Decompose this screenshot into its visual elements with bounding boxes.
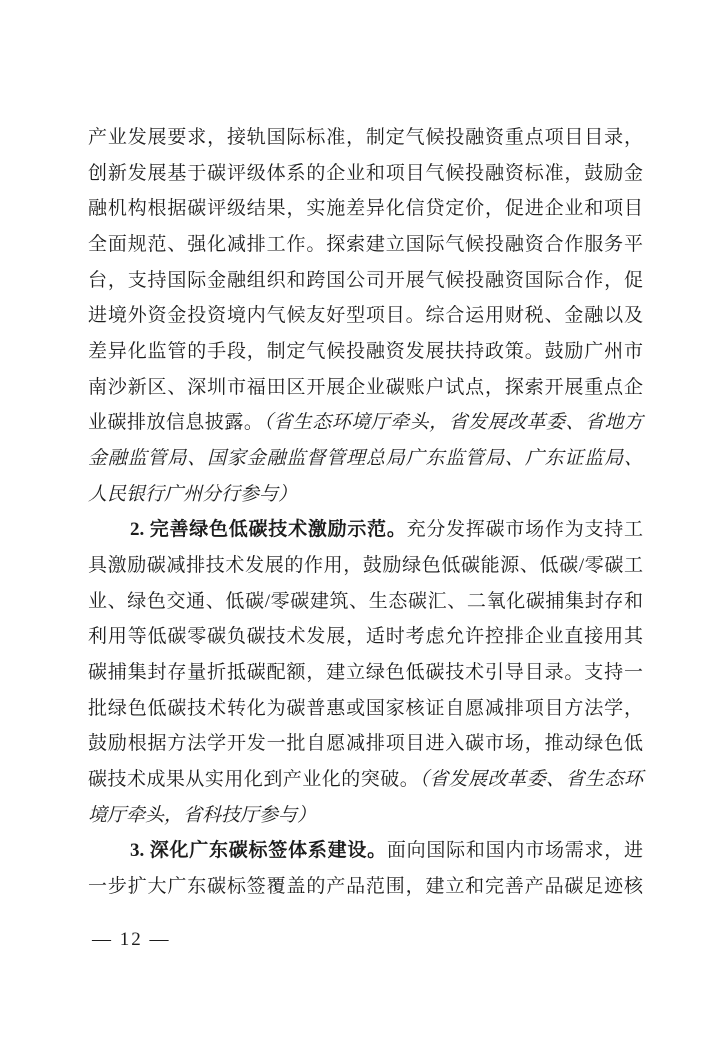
text-segment-normal: 鼓励根据方法学开发一批自愿减排项目进入碳市场，推动绿色低 [88,733,643,754]
text-segment-normal: 业、绿色交通、低碳/零碳建筑、生态碳汇、二氧化碳捕集封存和 [88,591,643,612]
text-segment-normal: 面向国际和国内市场需求，进 [387,840,643,861]
text-segment-normal: 利用等低碳零碳负碳技术发展，适时考虑允许控排企业直接用其 [88,626,643,647]
text-line: 3. 深化广东碳标签体系建设。面向国际和国内市场需求，进 [88,833,643,869]
text-segment-normal: 具激励碳减排技术发展的作用，鼓励绿色低碳能源、低碳/零碳工 [88,555,643,576]
text-segment-normal: 台，支持国际金融组织和跨国公司开展气候投融资国际合作，促 [88,270,643,291]
text-line: 融机构根据碳评级结果，实施差异化信贷定价，促进企业和项目 [88,191,643,227]
text-line: 全面规范、强化减排工作。探索建立国际气候投融资合作服务平 [88,227,643,263]
text-line: 业、绿色交通、低碳/零碳建筑、生态碳汇、二氧化碳捕集封存和 [88,584,643,620]
text-line: 创新发展基于碳评级体系的企业和项目气候投融资标准，鼓励金 [88,156,643,192]
text-segment-normal: 碳捕集封存量折抵碳配额，建立绿色低碳技术引导目录。支持一 [88,662,643,683]
text-line: 碳技术成果从实用化到产业化的突破。（省发展改革委、省生态环 [88,762,643,798]
text-segment-normal: 南沙新区、深圳市福田区开展企业碳账户试点，探索开展重点企 [88,377,643,398]
text-segment-kai: 人民银行广州分行参与） [88,484,297,505]
text-segment-normal: 产业发展要求，接轨国际标准，制定气候投融资重点项目目录， [88,127,643,148]
text-segment-kai: （省发展改革委、省生态环 [419,769,643,790]
text-segment-normal: 进境外资金投资境内气候友好型项目。综合运用财税、金融以及 [88,305,643,326]
text-segment-normal: 充分发挥碳市场作为支持工 [407,519,643,540]
text-line: 2. 完善绿色低碳技术激励示范。充分发挥碳市场作为支持工 [88,512,643,548]
text-segment-bold: 2. 完善绿色低碳技术激励示范。 [130,519,407,540]
text-segment-normal: 批绿色低碳技术转化为碳普惠或国家核证自愿减排项目方法学， [88,698,643,719]
text-line: 利用等低碳零碳负碳技术发展，适时考虑允许控排企业直接用其 [88,619,643,655]
text-line: 进境外资金投资境内气候友好型项目。综合运用财税、金融以及 [88,298,643,334]
text-line: 人民银行广州分行参与） [88,477,643,513]
page-number: — 12 — [92,928,171,952]
text-line: 差异化监管的手段，制定气候投融资发展扶持政策。鼓励广州市 [88,334,643,370]
text-line: 境厅牵头，省科技厅参与） [88,798,643,834]
text-line: 金融监管局、国家金融监督管理总局广东监管局、广东证监局、 [88,441,643,477]
document-page: 产业发展要求，接轨国际标准，制定气候投融资重点项目目录，创新发展基于碳评级体系的… [0,0,727,1038]
text-segment-normal: 创新发展基于碳评级体系的企业和项目气候投融资标准，鼓励金 [88,163,643,184]
text-segment-normal: 碳技术成果从实用化到产业化的突破。 [88,769,419,790]
text-line: 碳捕集封存量折抵碳配额，建立绿色低碳技术引导目录。支持一 [88,655,643,691]
text-line: 鼓励根据方法学开发一批自愿减排项目进入碳市场，推动绿色低 [88,726,643,762]
text-line: 一步扩大广东碳标签覆盖的产品范围，建立和完善产品碳足迹核 [88,869,643,905]
text-segment-normal: 差异化监管的手段，制定气候投融资发展扶持政策。鼓励广州市 [88,341,643,362]
text-line: 南沙新区、深圳市福田区开展企业碳账户试点，探索开展重点企 [88,370,643,406]
text-segment-bold: 3. 深化广东碳标签体系建设。 [130,840,387,861]
text-segment-kai: 金融监管局、国家金融监督管理总局广东监管局、广东证监局、 [88,448,643,469]
text-segment-normal: 融机构根据碳评级结果，实施差异化信贷定价，促进企业和项目 [88,198,643,219]
text-line: 具激励碳减排技术发展的作用，鼓励绿色低碳能源、低碳/零碳工 [88,548,643,584]
text-segment-normal: 一步扩大广东碳标签覆盖的产品范围，建立和完善产品碳足迹核 [88,876,643,897]
text-segment-kai: 境厅牵头，省科技厅参与） [88,805,316,826]
text-line: 台，支持国际金融组织和跨国公司开展气候投融资国际合作，促 [88,263,643,299]
body-text-block: 产业发展要求，接轨国际标准，制定气候投融资重点项目目录，创新发展基于碳评级体系的… [88,120,643,905]
text-line: 批绿色低碳技术转化为碳普惠或国家核证自愿减排项目方法学， [88,691,643,727]
text-line: 业碳排放信息披露。（省生态环境厅牵头，省发展改革委、省地方 [88,405,643,441]
text-line: 产业发展要求，接轨国际标准，制定气候投融资重点项目目录， [88,120,643,156]
text-segment-normal: 业碳排放信息披露。 [88,412,263,433]
text-segment-kai: （省生态环境厅牵头，省发展改革委、省地方 [263,412,643,433]
text-segment-normal: 全面规范、强化减排工作。探索建立国际气候投融资合作服务平 [88,234,643,255]
